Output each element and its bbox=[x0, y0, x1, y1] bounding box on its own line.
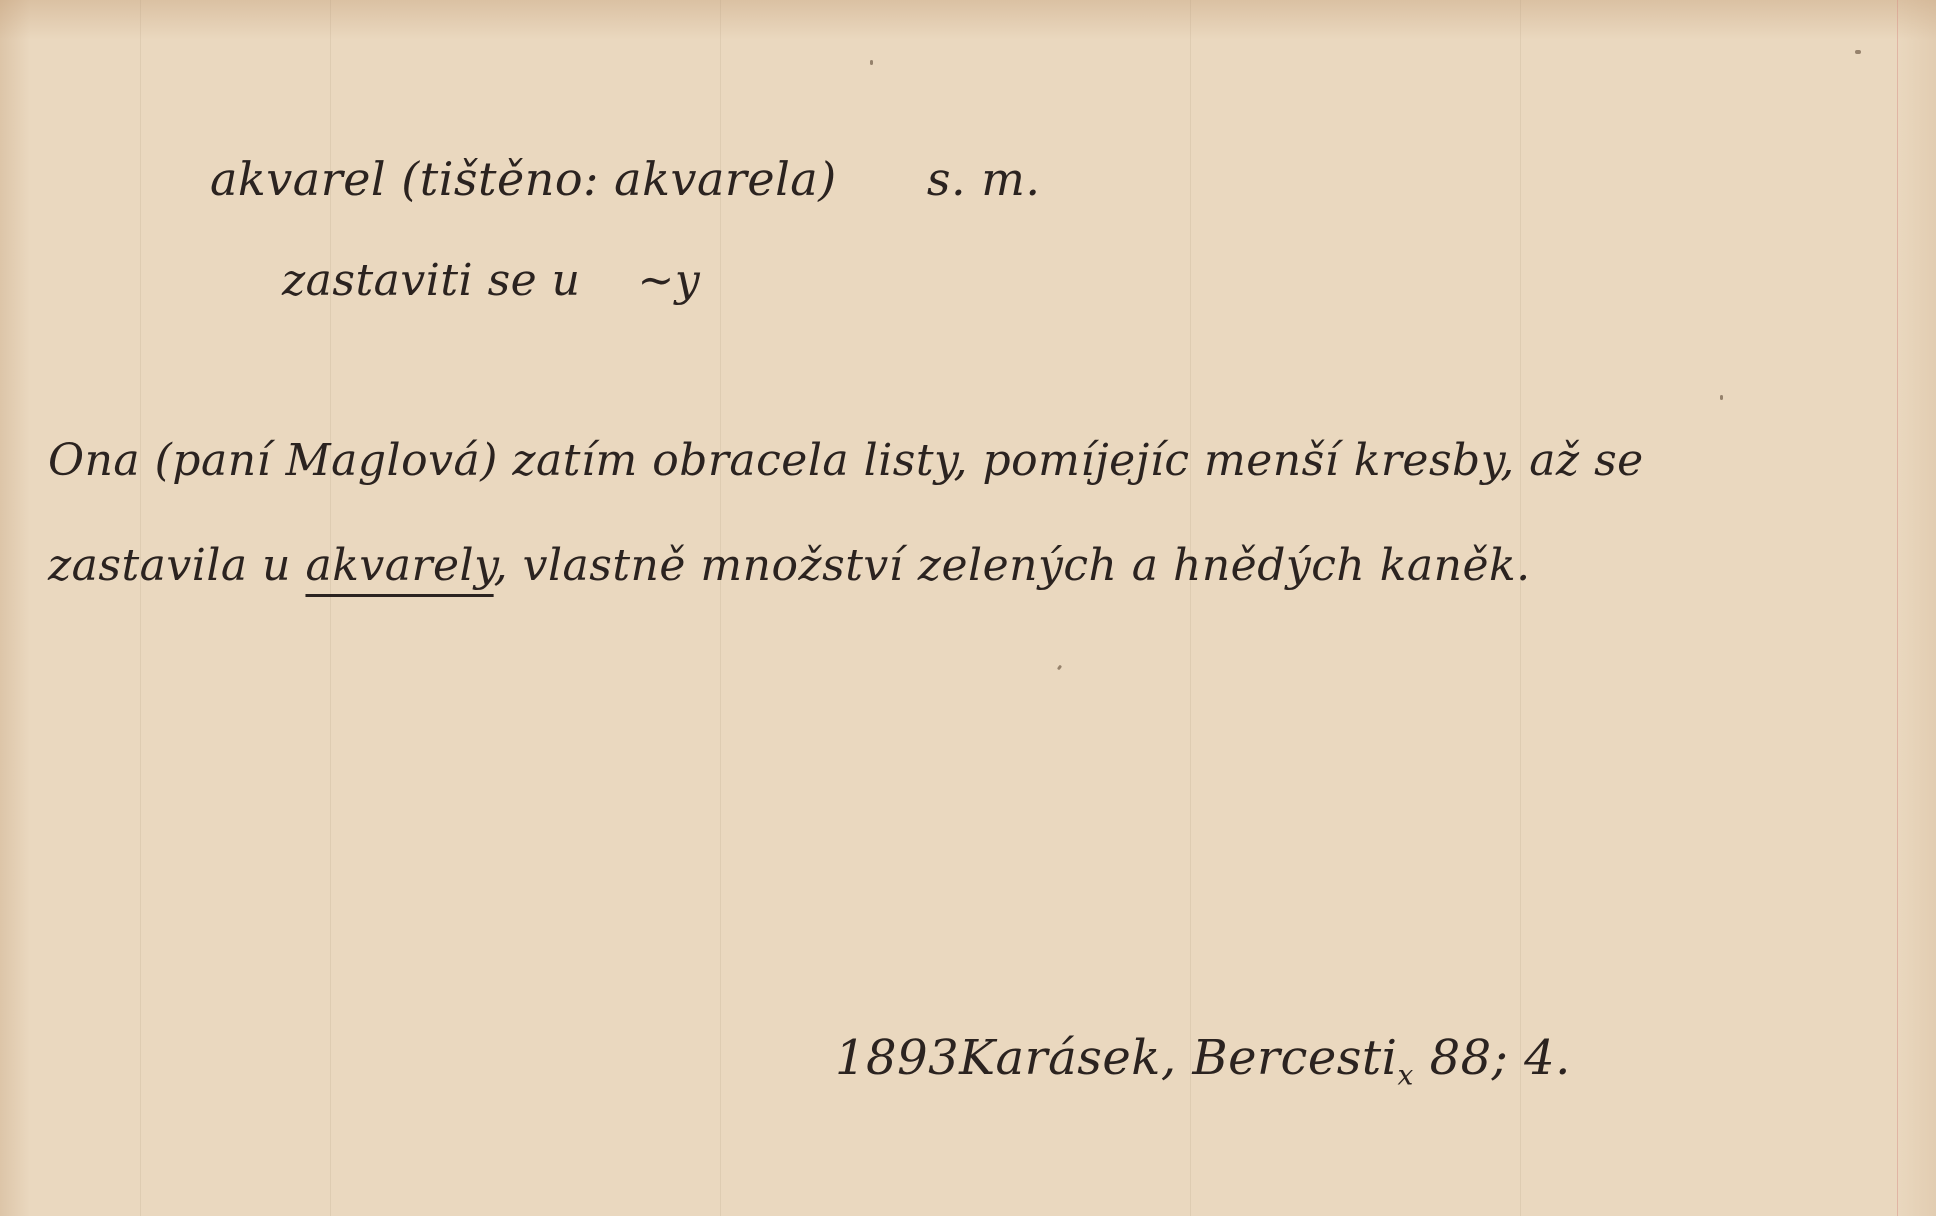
quotation-line-2: zastavila u akvarely, vlastně množství z… bbox=[48, 540, 1531, 591]
grammar-label: s. m. bbox=[927, 152, 1041, 206]
printed-variant: (tištěno: akvarela) bbox=[401, 152, 836, 206]
source-page-ref: 88; 4. bbox=[1430, 1030, 1571, 1086]
phrase-line: zastaviti se u ~y bbox=[282, 255, 700, 306]
quotation-text: , vlastně množství zelených a hnědých ka… bbox=[494, 540, 1531, 591]
paper-speck bbox=[870, 60, 873, 65]
paper-speck bbox=[1057, 665, 1062, 671]
headword: akvarel bbox=[210, 152, 386, 206]
quotation-line-1: Ona (paní Maglová) zatím obracela listy,… bbox=[48, 435, 1644, 486]
source-citation: 1893Karásek, Bercestix 88; 4. bbox=[835, 1030, 1571, 1092]
source-author: Karásek, bbox=[959, 1030, 1176, 1086]
quotation-keyword: akvarely bbox=[305, 540, 493, 591]
source-mark: x bbox=[1398, 1059, 1414, 1092]
margin-line bbox=[1897, 0, 1898, 1216]
headword-line: akvarel (tištěno: akvarela) s. m. bbox=[210, 152, 1041, 206]
phrase-form: ~y bbox=[638, 255, 701, 306]
paper-ruling-line bbox=[140, 0, 141, 1216]
index-card: akvarel (tištěno: akvarela) s. m. zastav… bbox=[0, 0, 1936, 1216]
phrase-verb: zastaviti se u bbox=[282, 255, 581, 306]
source-year: 1893 bbox=[835, 1030, 959, 1086]
source-work: Bercesti bbox=[1192, 1030, 1397, 1086]
paper-speck bbox=[1720, 395, 1723, 400]
paper-speck bbox=[1855, 50, 1861, 54]
quotation-text: zastavila u bbox=[48, 540, 291, 591]
